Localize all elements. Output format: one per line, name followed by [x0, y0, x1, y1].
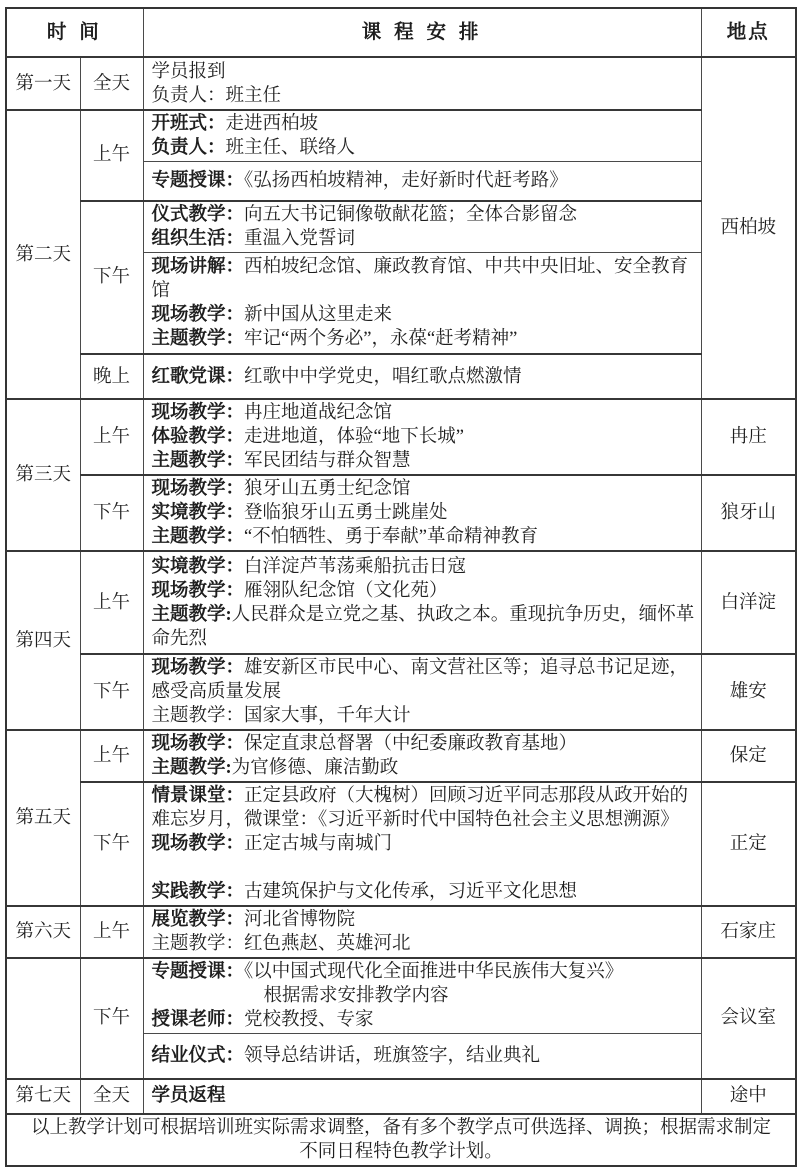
line-label: 主题教学：: [152, 527, 245, 547]
session-cell-d3-pm: 下午: [80, 475, 143, 551]
location-cell-shijiazhuang: 石家庄: [701, 906, 796, 958]
line-label: 情景课堂：: [152, 786, 245, 806]
day-cell-d1: 第一天: [6, 57, 80, 110]
line-label: 红歌党课：: [152, 367, 245, 387]
header-location: 地点: [701, 8, 796, 57]
line-text: 学员报到: [152, 62, 226, 82]
schedule-line: 实践教学：古建筑保护与文化传承，习近平文化思想: [152, 880, 695, 904]
header-course: 课 程 安 排: [143, 8, 701, 57]
line-text: 冉庄地道战纪念馆: [244, 403, 392, 423]
line-label: 仪式教学：: [152, 205, 245, 225]
schedule-line: 现场教学：雁翎队纪念馆（文化苑）: [152, 579, 695, 603]
session-cell-d2-am: 上午: [80, 110, 143, 201]
day-cell-d6: 第六天: [6, 906, 80, 958]
location-cell-langyashan: 狼牙山: [701, 475, 796, 551]
session-cell-d1: 全天: [80, 57, 143, 110]
session-cell-d3-am: 上午: [80, 399, 143, 475]
schedule-line: 主题教学:为官修德、廉洁勤政: [152, 756, 695, 780]
line-label: 现场教学：: [152, 479, 245, 499]
content-cell-d2-eve: 红歌党课：红歌中中学党史，唱红歌点燃激情: [143, 354, 701, 399]
content-cell-d5-am: 现场教学：保定直隶总督署（中纪委廉政教育基地）主题教学:为官修德、廉洁勤政: [143, 730, 701, 782]
schedule-line: 情景课堂：正定县政府（大槐树）回顾习近平同志那段从政开始的难忘岁月，微课堂：《习…: [152, 784, 695, 832]
schedule-line: 负责人：班主任: [152, 84, 695, 108]
schedule-line: 红歌党课：红歌中中学党史，唱红歌点燃激情: [152, 365, 695, 389]
line-label: 实境教学：: [152, 503, 245, 523]
line-label: 体验教学：: [152, 427, 245, 447]
line-text: 新中国从这里走来: [244, 305, 392, 325]
schedule-line: 授课老师：党校教授、专家: [152, 1008, 695, 1032]
schedule-line: 负责人：班主任、联络人: [152, 136, 695, 160]
schedule-line: 组织生活：重温入党誓词: [152, 227, 695, 251]
line-text: 红歌中中学党史，唱红歌点燃激情: [244, 367, 522, 387]
schedule-line: 现场教学：新中国从这里走来: [152, 303, 695, 327]
day-cell-d7: 第七天: [6, 1079, 80, 1114]
day-cell-d3: 第三天: [6, 399, 80, 551]
line-text: 正定古城与南城门: [244, 834, 392, 854]
line-label: 展览教学：: [152, 910, 245, 930]
schedule-line: 主题教学：红色燕赵、英雄河北: [152, 932, 695, 956]
line-text: 主题教学：红色燕赵、英雄河北: [152, 934, 411, 954]
line-label: 主题教学：: [152, 329, 245, 349]
line-label: 授课老师：: [152, 1010, 245, 1030]
schedule-line: 现场教学：正定古城与南城门: [152, 832, 695, 856]
schedule-line: 根据需求安排教学内容: [152, 984, 695, 1008]
session-cell-d6-pm: 下午: [80, 958, 143, 1079]
line-label: 负责人：: [152, 138, 226, 158]
line-label: 专题授课：: [152, 962, 245, 982]
line-label: 开班式：: [152, 114, 226, 134]
day-cell-d4: 第四天: [6, 551, 80, 730]
session-cell-d2-pm: 下午: [80, 201, 143, 355]
line-text: 班主任、联络人: [226, 138, 356, 158]
line-text: 负责人：班主任: [152, 86, 282, 106]
schedule-line: 专题授课：《弘扬西柏坡精神，走好新时代赶考路》: [152, 169, 695, 193]
schedule-line: 学员返程: [152, 1084, 695, 1108]
line-text: 走进西柏坡: [226, 114, 319, 134]
line-label: 主题教学:: [152, 605, 232, 625]
line-label: 现场教学：: [152, 581, 245, 601]
schedule-line: 现场教学：保定直隶总督署（中纪委廉政教育基地）: [152, 732, 695, 756]
content-cell-d5-pm: 情景课堂：正定县政府（大槐树）回顾习近平同志那段从政开始的难忘岁月，微课堂：《习…: [143, 782, 701, 906]
schedule-line: 现场教学：雄安新区市民中心、南文营社区等；追寻总书记足迹，感受高质量发展: [152, 656, 695, 704]
schedule-table: 时 间 课 程 安 排 地点 第一天 全天 学员报到负责人：班主任 西柏坡 第二…: [5, 7, 797, 1167]
footer-note-line2: 不同日程特色教学计划。: [7, 1140, 795, 1164]
line-text: 雁翎队纪念馆（文化苑）: [244, 581, 448, 601]
line-label: 结业仪式：: [152, 1046, 245, 1066]
schedule-line: 专题授课：《以中国式现代化全面推进中华民族伟大复兴》: [152, 960, 695, 984]
location-cell-xiongan: 雄安: [701, 654, 796, 730]
location-cell-xibaipo: 西柏坡: [701, 57, 796, 399]
location-cell-baiyangdian: 白洋淀: [701, 551, 796, 654]
line-label: 现场教学：: [152, 403, 245, 423]
session-cell-d5-am: 上午: [80, 730, 143, 782]
day-cell-d2: 第二天: [6, 110, 80, 399]
footer-note: 以上教学计划可根据培训班实际需求调整，备有多个教学点可供选择、调换；根据需求制定…: [6, 1114, 796, 1166]
header-time: 时 间: [6, 8, 143, 57]
schedule-line: 主题教学：“不怕牺牲、勇于奉献”革命精神教育: [152, 525, 695, 549]
line-text: 走进地道，体验“地下长城”: [244, 427, 464, 447]
schedule-line: 主题教学：牢记“两个务必”，永葆“赶考精神”: [152, 327, 695, 351]
line-text: 主题教学：国家大事，千年大计: [152, 706, 411, 726]
location-cell-ranzhuang: 冉庄: [701, 399, 796, 475]
schedule-line: 现场讲解：西柏坡纪念馆、廉政教育馆、中共中央旧址、安全教育馆: [152, 255, 695, 303]
content-cell-d2-pm-2: 现场讲解：西柏坡纪念馆、廉政教育馆、中共中央旧址、安全教育馆现场教学：新中国从这…: [143, 252, 701, 354]
line-text: 人民群众是立党之基、执政之本。重现抗争历史，缅怀革命先烈: [152, 605, 695, 649]
location-cell-tuzhong: 途中: [701, 1079, 796, 1114]
content-cell-d6-am: 展览教学：河北省博物院主题教学：红色燕赵、英雄河北: [143, 906, 701, 958]
schedule-line: 主题教学：军民团结与群众智慧: [152, 449, 695, 473]
session-cell-d7: 全天: [80, 1079, 143, 1114]
content-cell-d2-pm-1: 仪式教学：向五大书记铜像敬献花篮；全体合影留念组织生活：重温入党誓词: [143, 201, 701, 253]
content-cell-d6-pm-2: 结业仪式：领导总结讲话，班旗签字，结业典礼: [143, 1034, 701, 1079]
line-label: 学员返程: [152, 1086, 226, 1106]
schedule-line: 主题教学：国家大事，千年大计: [152, 704, 695, 728]
line-label: 主题教学:: [152, 758, 232, 778]
line-text: 《以中国式现代化全面推进中华民族伟大复兴》: [244, 962, 623, 982]
line-text: 党校教授、专家: [244, 1010, 374, 1030]
line-label: 组织生活：: [152, 229, 245, 249]
day-cell-d6pm-empty: [6, 958, 80, 1079]
content-cell-d4-am: 实境教学：白洋淀芦苇荡乘船抗击日寇现场教学：雁翎队纪念馆（文化苑）主题教学:人民…: [143, 551, 701, 654]
line-label: 实境教学：: [152, 557, 245, 577]
content-cell-d4-pm: 现场教学：雄安新区市民中心、南文营社区等；追寻总书记足迹，感受高质量发展主题教学…: [143, 654, 701, 730]
location-cell-zhengding: 正定: [701, 782, 796, 906]
session-cell-d4-am: 上午: [80, 551, 143, 654]
location-cell-baoding: 保定: [701, 730, 796, 782]
line-text: 军民团结与群众智慧: [244, 451, 411, 471]
schedule-line: 结业仪式：领导总结讲话，班旗签字，结业典礼: [152, 1044, 695, 1068]
schedule-line: 主题教学:人民群众是立党之基、执政之本。重现抗争历史，缅怀革命先烈: [152, 603, 695, 651]
page: { "header": { "time": "时 间", "course": "…: [0, 0, 800, 1164]
line-text: 牢记“两个务必”，永葆“赶考精神”: [244, 329, 517, 349]
line-text: 登临狼牙山五勇士跳崖处: [244, 503, 448, 523]
line-text: 狼牙山五勇士纪念馆: [244, 479, 411, 499]
content-cell-d2-am-1: 开班式：走进西柏坡负责人：班主任、联络人: [143, 110, 701, 162]
line-text: 《弘扬西柏坡精神，走好新时代赶考路》: [244, 171, 568, 191]
schedule-line: 现场教学：狼牙山五勇士纪念馆: [152, 477, 695, 501]
line-label: 现场教学：: [152, 305, 245, 325]
schedule-line: 现场教学：冉庄地道战纪念馆: [152, 401, 695, 425]
line-text: 重温入党誓词: [244, 229, 355, 249]
line-text: 为官修德、廉洁勤政: [232, 758, 399, 778]
line-label: 现场讲解：: [152, 257, 245, 277]
schedule-line: 开班式：走进西柏坡: [152, 112, 695, 136]
content-cell-d3-am: 现场教学：冉庄地道战纪念馆体验教学：走进地道，体验“地下长城”主题教学：军民团结…: [143, 399, 701, 475]
footer-note-line1: 以上教学计划可根据培训班实际需求调整，备有多个教学点可供选择、调换；根据需求制定: [7, 1116, 795, 1140]
schedule-line: 仪式教学：向五大书记铜像敬献花篮；全体合影留念: [152, 203, 695, 227]
line-text: 根据需求安排教学内容: [264, 986, 449, 1006]
line-label: 专题授课：: [152, 171, 245, 191]
schedule-line: 展览教学：河北省博物院: [152, 908, 695, 932]
line-label: 现场教学：: [152, 658, 245, 678]
content-cell-d7: 学员返程: [143, 1079, 701, 1114]
schedule-line: [152, 856, 695, 880]
session-cell-d6-am: 上午: [80, 906, 143, 958]
content-cell-d3-pm: 现场教学：狼牙山五勇士纪念馆实境教学：登临狼牙山五勇士跳崖处主题教学：“不怕牺牲…: [143, 475, 701, 551]
line-text: 向五大书记铜像敬献花篮；全体合影留念: [244, 205, 577, 225]
location-cell-huiyishi: 会议室: [701, 958, 796, 1079]
line-text: 领导总结讲话，班旗签字，结业典礼: [244, 1046, 540, 1066]
line-label: 主题教学：: [152, 451, 245, 471]
session-cell-d2-eve: 晚上: [80, 354, 143, 399]
line-text: 古建筑保护与文化传承，习近平文化思想: [244, 882, 577, 902]
content-cell-d6-pm-1: 专题授课：《以中国式现代化全面推进中华民族伟大复兴》根据需求安排教学内容授课老师…: [143, 958, 701, 1034]
line-label: 现场教学：: [152, 734, 245, 754]
line-label: 实践教学：: [152, 882, 245, 902]
line-text: “不怕牺牲、勇于奉献”革命精神教育: [244, 527, 538, 547]
schedule-line: 实境教学：登临狼牙山五勇士跳崖处: [152, 501, 695, 525]
schedule-line: 实境教学：白洋淀芦苇荡乘船抗击日寇: [152, 555, 695, 579]
content-cell-d1: 学员报到负责人：班主任: [143, 57, 701, 110]
schedule-line: 学员报到: [152, 60, 695, 84]
line-label: 现场教学：: [152, 834, 245, 854]
line-text: 河北省博物院: [244, 910, 355, 930]
session-cell-d5-pm: 下午: [80, 782, 143, 906]
day-cell-d5: 第五天: [6, 730, 80, 906]
session-cell-d4-pm: 下午: [80, 654, 143, 730]
content-cell-d2-am-2: 专题授课：《弘扬西柏坡精神，走好新时代赶考路》: [143, 162, 701, 201]
schedule-line: 体验教学：走进地道，体验“地下长城”: [152, 425, 695, 449]
line-text: 保定直隶总督署（中纪委廉政教育基地）: [244, 734, 577, 754]
line-text: 白洋淀芦苇荡乘船抗击日寇: [244, 557, 466, 577]
